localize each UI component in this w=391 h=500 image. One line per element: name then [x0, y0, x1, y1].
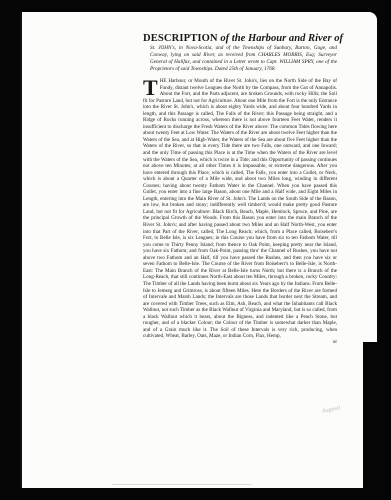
- drop-cap: T: [143, 79, 158, 97]
- title-rest: of the Harbour and River of: [218, 33, 343, 44]
- document-content: DESCRIPTION of the Harbour and River of …: [143, 33, 337, 345]
- margin-scribble: Augusti: [322, 405, 341, 415]
- document-subtitle: St. JOHN's, in Nova-Scotia, and of the T…: [150, 45, 337, 73]
- body-text: HE Harbour, or Mouth of the River St. Jo…: [143, 78, 337, 339]
- title-caps: DESCRIPTION: [143, 33, 218, 44]
- page-fold-line: [112, 484, 252, 485]
- catchword: or: [143, 340, 337, 345]
- document-title: DESCRIPTION of the Harbour and River of: [143, 33, 337, 44]
- document-body: THE Harbour, or Mouth of the River St. J…: [143, 78, 337, 340]
- page-torn-edge: [363, 342, 377, 488]
